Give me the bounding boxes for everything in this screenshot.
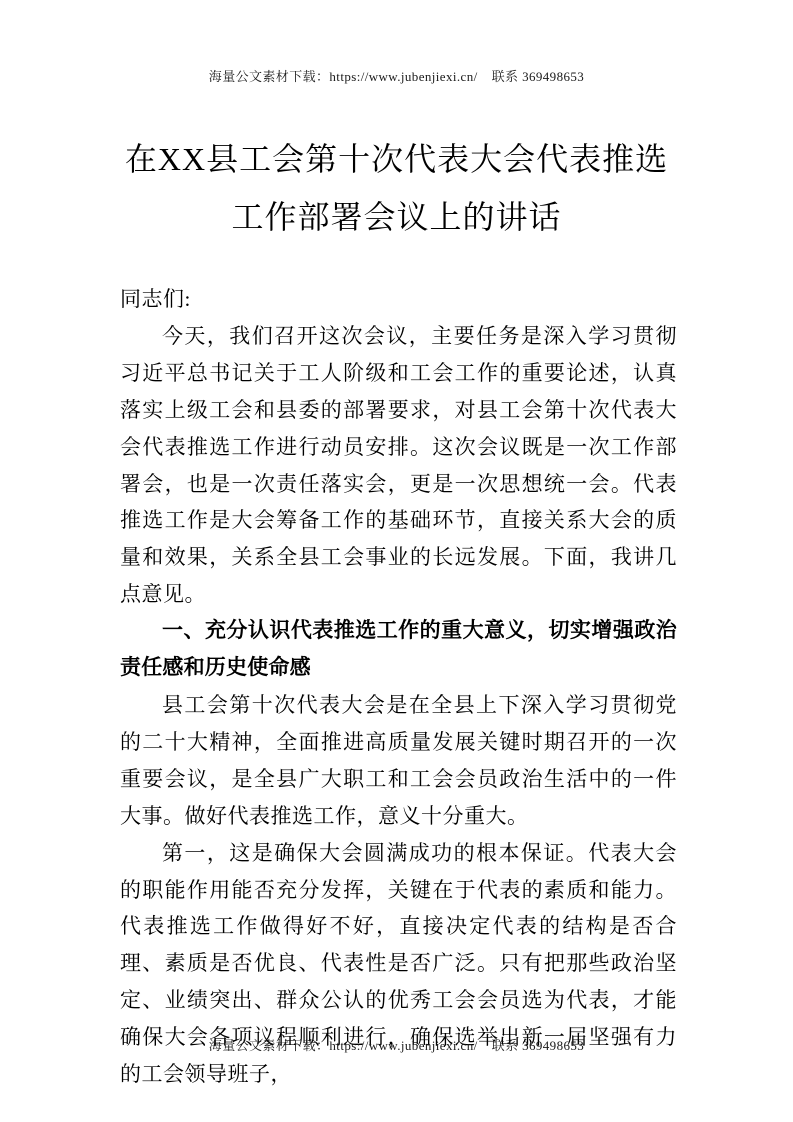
page-footer: 海量公文素材下载：https://www.jubenjiexi.cn/联系 36… (0, 1037, 793, 1054)
paragraph-significance: 县工会第十次代表大会是在全县上下深入学习贯彻党的二十大精神，全面推进高质量发展关… (120, 687, 677, 835)
header-source-label: 海量公文素材下载： (209, 69, 330, 84)
paragraph-opening: 今天，我们召开这次会议，主要任务是深入学习贯彻习近平总书记关于工人阶级和工会工作… (120, 318, 677, 613)
footer-contact: 联系 369498653 (492, 1038, 585, 1053)
paragraph-first-point: 第一，这是确保大会圆满成功的根本保证。代表大会的职能作用能否充分发挥，关键在于代… (120, 835, 677, 1093)
header-contact: 联系 369498653 (492, 69, 585, 84)
salutation: 同志们: (120, 281, 677, 318)
document-page: { "document": { "header": { "source_labe… (0, 0, 793, 1122)
document-body: 同志们: 今天，我们召开这次会议，主要任务是深入学习贯彻习近平总书记关于工人阶级… (120, 281, 677, 1093)
footer-source-label: 海量公文素材下载： (209, 1038, 330, 1053)
document-title: 在XX县工会第十次代表大会代表推选工作部署会议上的讲话 (110, 130, 683, 246)
section-heading-1: 一、充分认识代表推选工作的重大意义，切实增强政治责任感和历史使命感 (120, 613, 677, 687)
page-header: 海量公文素材下载：https://www.jubenjiexi.cn/联系 36… (0, 68, 793, 85)
header-source-url: https://www.jubenjiexi.cn/ (329, 69, 477, 84)
footer-source-url: https://www.jubenjiexi.cn/ (329, 1038, 477, 1053)
